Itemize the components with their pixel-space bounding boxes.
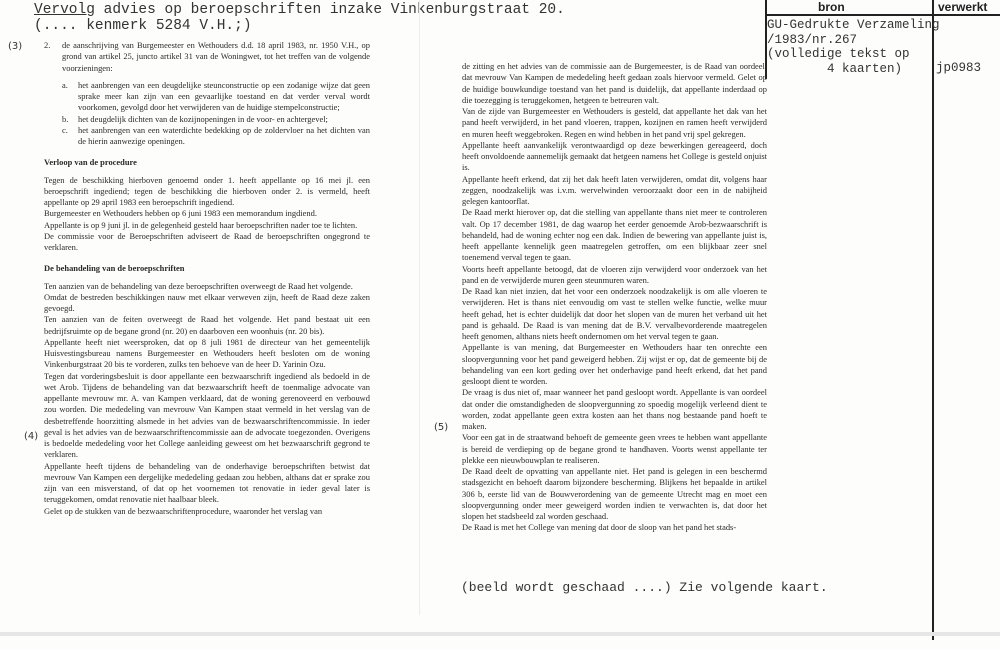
margin-note: (4)	[24, 431, 38, 442]
paragraph: De Raad kan niet inzien, dat het voor ee…	[462, 286, 767, 342]
paragraph: Appellante heeft aanvankelijk verontwaar…	[462, 140, 767, 174]
paragraph: Voorts heeft appellante betoogd, dat de …	[462, 264, 767, 287]
title-rest: advies op beroepschriften inzake Vinkenb…	[95, 2, 565, 18]
card-header: Vervolg advies op beroepschriften inzake…	[34, 2, 565, 34]
title-underlined: Vervolg	[34, 2, 95, 18]
continuation-note: (beeld wordt geschaad ....) Zie volgende…	[461, 580, 828, 595]
divider	[765, 14, 1000, 16]
section-heading: De behandeling van de beroepschriften	[44, 263, 370, 274]
paragraph: Appellante is van mening, dat Burgemeest…	[462, 342, 767, 387]
paragraph: De Raad deelt de opvatting van appellant…	[462, 466, 767, 522]
list-item: c. het aanbrengen van een waterdichte be…	[62, 125, 370, 148]
page-edge	[0, 632, 1000, 636]
left-column: 2. de aanschrijving van Burgemeester en …	[44, 40, 370, 517]
paragraph: De commissie voor de Beroepschriften adv…	[44, 231, 370, 254]
item-text: het deugdelijk dichten van de kozijnopen…	[78, 114, 370, 125]
paragraph: de zitting en het advies van de commissi…	[462, 61, 767, 106]
item-text: het aanbrengen van een waterdichte bedek…	[78, 125, 370, 148]
item-letter: c.	[62, 125, 78, 148]
paragraph: Burgemeester en Wethouders hebben op 6 j…	[44, 208, 370, 219]
page-fold	[419, 0, 420, 615]
column-header-bron: bron	[818, 0, 845, 14]
section-heading: Verloop van de procedure	[44, 157, 370, 168]
paragraph: Appellante heeft erkend, dat zij het dak…	[462, 174, 767, 208]
column-header-verwerkt: verwerkt	[938, 0, 987, 14]
paragraph: Appellante heeft niet weersproken, dat o…	[44, 337, 370, 371]
verwerkt-value: jp0983	[936, 61, 981, 75]
card-title: Vervolg advies op beroepschriften inzake…	[34, 2, 565, 18]
paragraph: Van de zijde van Burgemeester en Wethoud…	[462, 106, 767, 140]
item-letter: b.	[62, 114, 78, 125]
paragraph: De vraag is dus niet of, maar wanneer he…	[462, 387, 767, 432]
list-item: a. het aanbrengen van een deugdelijke st…	[62, 80, 370, 114]
paragraph: Appellante is op 9 juni jl. in de gelege…	[44, 220, 370, 231]
paragraph: Omdat de bestreden beschikkingen nauw me…	[44, 292, 370, 315]
right-column: de zitting en het advies van de commissi…	[462, 61, 767, 534]
list-item: 2. de aanschrijving van Burgemeester en …	[44, 40, 370, 74]
paragraph: Tegen dat vorderingsbesluit is door appe…	[44, 371, 370, 461]
margin-note: (3)	[8, 41, 22, 52]
list-item: b. het deugdelijk dichten van de kozijno…	[62, 114, 370, 125]
paragraph: Gelet op de stukken van de bezwaarschrif…	[44, 506, 370, 517]
item-number: 2.	[44, 40, 62, 74]
card-index-box	[765, 0, 1000, 640]
paragraph: Tegen de beschikking hierboven genoemd o…	[44, 175, 370, 209]
paragraph: Ten aanzien van de behandeling van deze …	[44, 281, 370, 292]
margin-note: (5)	[434, 422, 448, 433]
paragraph: Ten aanzien van de feiten overweegt de R…	[44, 314, 370, 337]
paragraph: De Raad is met het College van mening da…	[462, 522, 767, 533]
item-text: de aanschrijving van Burgemeester en Wet…	[62, 40, 370, 74]
sublist: a. het aanbrengen van een deugdelijke st…	[44, 80, 370, 148]
paragraph: Voor een gat in de straatwand behoeft de…	[462, 432, 767, 466]
paragraph: De Raad merkt hierover op, dat die stell…	[462, 207, 767, 263]
item-text: het aanbrengen van een deugdelijke steun…	[78, 80, 370, 114]
item-letter: a.	[62, 80, 78, 114]
bron-value: GU-Gedrukte Verzameling /1983/nr.267 (vo…	[767, 18, 940, 76]
paragraph: Appellante heeft tijdens de behandeling …	[44, 461, 370, 506]
card-subtitle: (.... kenmerk 5284 V.H.;)	[34, 18, 565, 34]
divider	[932, 0, 934, 640]
